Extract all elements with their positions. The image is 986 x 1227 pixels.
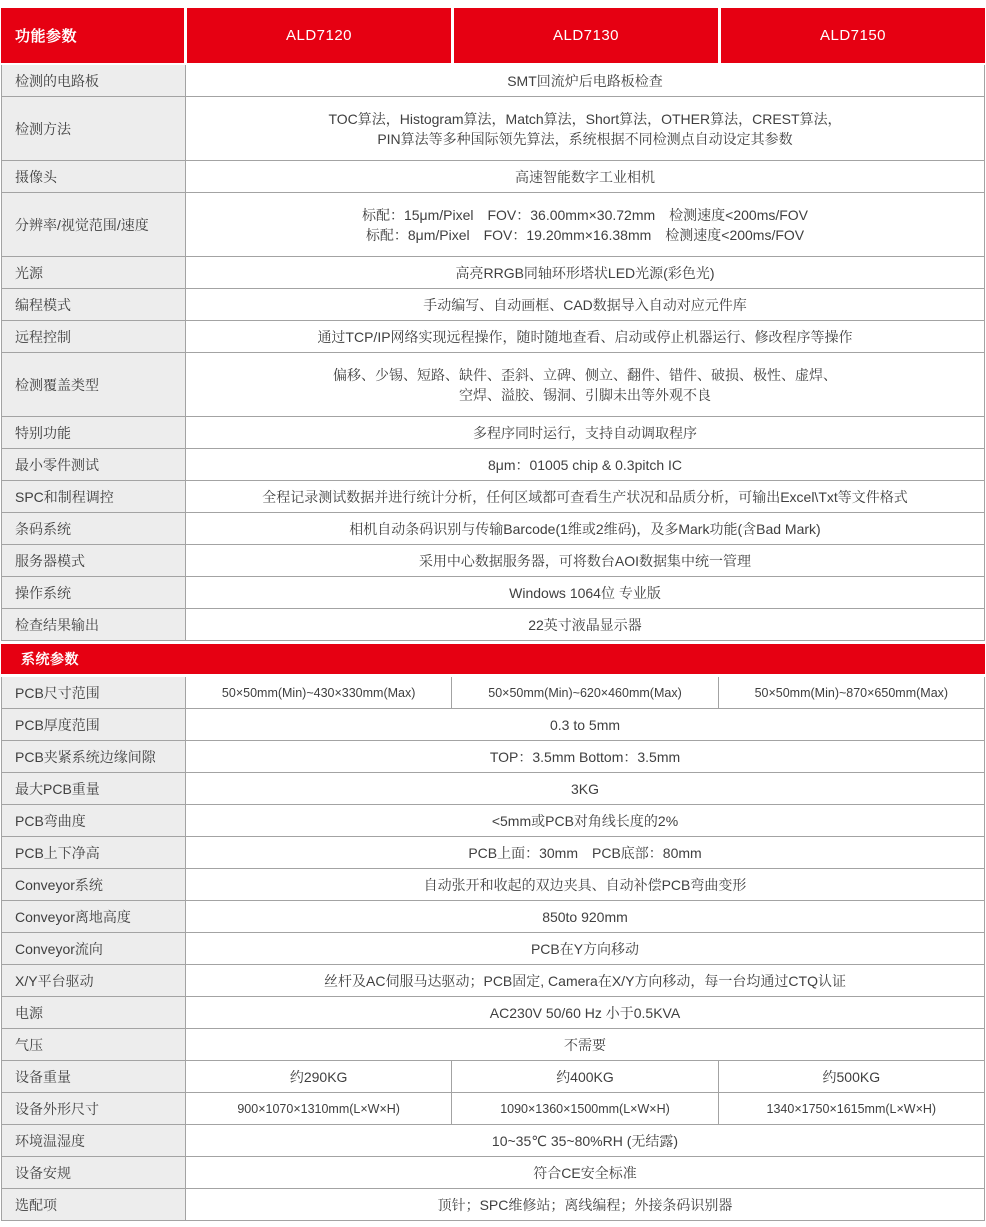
- row-operating-system: 操作系统 Windows 1064位 专业版: [2, 577, 984, 609]
- row-camera: 摄像头 高速智能数字工业相机: [2, 161, 984, 193]
- row-conveyor-flow: Conveyor流向 PCB在Y方向移动: [2, 933, 984, 965]
- header-function-params: 功能参数: [1, 8, 184, 63]
- row-value: 自动张开和收起的双边夹具、自动补偿PCB弯曲变形: [186, 869, 984, 900]
- row-special-function: 特别功能 多程序同时运行，支持自动调取程序: [2, 417, 984, 449]
- row-value: 手动编写、自动画框、CAD数据导入自动对应元件库: [186, 289, 984, 320]
- row-safety-cert: 设备安规 符合CE安全标准: [2, 1157, 984, 1189]
- row-value: 850to 920mm: [186, 901, 984, 932]
- row-label: 检测的电路板: [2, 65, 186, 96]
- row-conveyor-height: Conveyor离地高度 850to 920mm: [2, 901, 984, 933]
- row-conveyor-system: Conveyor系统 自动张开和收起的双边夹具、自动补偿PCB弯曲变形: [2, 869, 984, 901]
- row-label: PCB弯曲度: [2, 805, 186, 836]
- system-params-table: PCB尺寸范围 50×50mm(Min)~430×330mm(Max) 50×5…: [1, 677, 985, 1221]
- row-value: 符合CE安全标准: [186, 1157, 984, 1188]
- row-light-source: 光源 高亮RRGB同轴环形塔状LED光源(彩色光): [2, 257, 984, 289]
- row-label: 检测覆盖类型: [2, 353, 186, 416]
- row-value-ald7150: 50×50mm(Min)~870×650mm(Max): [718, 677, 984, 708]
- row-options: 选配项 顶针；SPC维修站；离线编程；外接条码识别器: [2, 1189, 984, 1220]
- row-value: 通过TCP/IP网络实现远程操作，随时随地查看、启动或停止机器运行、修改程序等操…: [186, 321, 984, 352]
- row-value: Windows 1064位 专业版: [186, 577, 984, 608]
- row-value: 标配：15μm/Pixel FOV：36.00mm×30.72mm 检测速度<2…: [186, 193, 984, 256]
- row-label: 服务器模式: [2, 545, 186, 576]
- row-value: 3KG: [186, 773, 984, 804]
- row-value: 不需要: [186, 1029, 984, 1060]
- row-label: PCB夹紧系统边缘间隙: [2, 741, 186, 772]
- row-pcb-thickness: PCB厚度范围 0.3 to 5mm: [2, 709, 984, 741]
- row-value-line1: 标配：15μm/Pixel FOV：36.00mm×30.72mm 检测速度<2…: [362, 205, 808, 225]
- row-value-ald7130: 1090×1360×1500mm(L×W×H): [451, 1093, 717, 1124]
- row-value-line2: 空焊、溢胶、锡洞、引脚未出等外观不良: [459, 385, 711, 405]
- row-label: 检查结果输出: [2, 609, 186, 640]
- row-label: 选配项: [2, 1189, 186, 1220]
- row-label: 气压: [2, 1029, 186, 1060]
- row-value: 10~35℃ 35~80%RH (无结露): [186, 1125, 984, 1156]
- row-min-component: 最小零件测试 8μm：01005 chip & 0.3pitch IC: [2, 449, 984, 481]
- row-remote-control: 远程控制 通过TCP/IP网络实现远程操作，随时随地查看、启动或停止机器运行、修…: [2, 321, 984, 353]
- row-label: Conveyor系统: [2, 869, 186, 900]
- row-pcb-warp: PCB弯曲度 <5mm或PCB对角线长度的2%: [2, 805, 984, 837]
- row-label: 条码系统: [2, 513, 186, 544]
- row-label: SPC和制程调控: [2, 481, 186, 512]
- row-machine-weight: 设备重量 约290KG 约400KG 约500KG: [2, 1061, 984, 1093]
- section-header-system-params: 系统参数: [1, 644, 985, 674]
- row-label: 环境温湿度: [2, 1125, 186, 1156]
- row-value: 偏移、少锡、短路、缺件、歪斜、立碑、侧立、翻件、错件、破损、极性、虚焊、 空焊、…: [186, 353, 984, 416]
- row-value: 高亮RRGB同轴环形塔状LED光源(彩色光): [186, 257, 984, 288]
- row-value-ald7150: 1340×1750×1615mm(L×W×H): [718, 1093, 984, 1124]
- row-label: 摄像头: [2, 161, 186, 192]
- row-detection-method: 检测方法 TOC算法，Histogram算法，Match算法，Short算法，O…: [2, 97, 984, 161]
- row-value: 8μm：01005 chip & 0.3pitch IC: [186, 449, 984, 480]
- row-label: PCB上下净高: [2, 837, 186, 868]
- header-model-ald7120: ALD7120: [187, 8, 451, 63]
- row-xy-drive: X/Y平台驱动 丝杆及AC伺服马达驱动；PCB固定, Camera在X/Y方向移…: [2, 965, 984, 997]
- row-value-ald7120: 约290KG: [186, 1061, 451, 1092]
- row-value: 高速智能数字工业相机: [186, 161, 984, 192]
- row-pcb-size-range: PCB尺寸范围 50×50mm(Min)~430×330mm(Max) 50×5…: [2, 677, 984, 709]
- row-resolution-fov-speed: 分辨率/视觉范围/速度 标配：15μm/Pixel FOV：36.00mm×30…: [2, 193, 984, 257]
- row-defect-coverage: 检测覆盖类型 偏移、少锡、短路、缺件、歪斜、立碑、侧立、翻件、错件、破损、极性、…: [2, 353, 984, 417]
- row-label: 最大PCB重量: [2, 773, 186, 804]
- row-label: PCB厚度范围: [2, 709, 186, 740]
- row-label: 操作系统: [2, 577, 186, 608]
- row-value: TOC算法，Histogram算法，Match算法，Short算法，OTHER算…: [186, 97, 984, 160]
- row-value: 采用中心数据服务器，可将数台AOI数据集中统一管理: [186, 545, 984, 576]
- row-value: 0.3 to 5mm: [186, 709, 984, 740]
- row-label: 电源: [2, 997, 186, 1028]
- row-label: 检测方法: [2, 97, 186, 160]
- row-label: Conveyor离地高度: [2, 901, 186, 932]
- row-label: 设备外形尺寸: [2, 1093, 186, 1124]
- header-model-ald7150: ALD7150: [721, 8, 985, 63]
- row-value: 全程记录测试数据并进行统计分析，任何区域都可查看生产状况和品质分析，可输出Exc…: [186, 481, 984, 512]
- row-pcb-clearance: PCB上下净高 PCB上面：30mm PCB底部：80mm: [2, 837, 984, 869]
- row-value-ald7130: 约400KG: [451, 1061, 717, 1092]
- row-air-pressure: 气压 不需要: [2, 1029, 984, 1061]
- function-params-table: 检测的电路板 SMT回流炉后电路板检查 检测方法 TOC算法，Histogram…: [1, 65, 985, 641]
- row-server-mode: 服务器模式 采用中心数据服务器，可将数台AOI数据集中统一管理: [2, 545, 984, 577]
- row-label: 最小零件测试: [2, 449, 186, 480]
- row-label: 特别功能: [2, 417, 186, 448]
- row-label: 设备重量: [2, 1061, 186, 1092]
- row-value: 多程序同时运行，支持自动调取程序: [186, 417, 984, 448]
- row-environment: 环境温湿度 10~35℃ 35~80%RH (无结露): [2, 1125, 984, 1157]
- row-label: 远程控制: [2, 321, 186, 352]
- row-value-line2: PIN算法等多种国际领先算法，系统根据不同检测点自动设定其参数: [377, 129, 792, 149]
- row-value: PCB上面：30mm PCB底部：80mm: [186, 837, 984, 868]
- row-value-ald7120: 50×50mm(Min)~430×330mm(Max): [186, 677, 451, 708]
- row-label: Conveyor流向: [2, 933, 186, 964]
- header-model-ald7130: ALD7130: [454, 8, 718, 63]
- row-value-ald7150: 约500KG: [718, 1061, 984, 1092]
- table-header: 功能参数 ALD7120 ALD7130 ALD7150: [1, 8, 985, 63]
- row-value: 22英寸液晶显示器: [186, 609, 984, 640]
- row-machine-dimensions: 设备外形尺寸 900×1070×1310mm(L×W×H) 1090×1360×…: [2, 1093, 984, 1125]
- row-spc-control: SPC和制程调控 全程记录测试数据并进行统计分析，任何区域都可查看生产状况和品质…: [2, 481, 984, 513]
- row-value-line2: 标配：8μm/Pixel FOV：19.20mm×16.38mm 检测速度<20…: [366, 225, 804, 245]
- row-power-supply: 电源 AC230V 50/60 Hz 小于0.5KVA: [2, 997, 984, 1029]
- row-value-line1: 偏移、少锡、短路、缺件、歪斜、立碑、侧立、翻件、错件、破损、极性、虚焊、: [333, 365, 837, 385]
- row-label: 分辨率/视觉范围/速度: [2, 193, 186, 256]
- row-value: 丝杆及AC伺服马达驱动；PCB固定, Camera在X/Y方向移动，每一台均通过…: [186, 965, 984, 996]
- row-value: <5mm或PCB对角线长度的2%: [186, 805, 984, 836]
- row-label: 设备安规: [2, 1157, 186, 1188]
- spec-sheet: 功能参数 ALD7120 ALD7130 ALD7150 检测的电路板 SMT回…: [0, 0, 986, 1227]
- row-value: AC230V 50/60 Hz 小于0.5KVA: [186, 997, 984, 1028]
- row-max-pcb-weight: 最大PCB重量 3KG: [2, 773, 984, 805]
- row-programming-mode: 编程模式 手动编写、自动画框、CAD数据导入自动对应元件库: [2, 289, 984, 321]
- row-value-line1: TOC算法，Histogram算法，Match算法，Short算法，OTHER算…: [328, 109, 841, 129]
- row-result-output: 检查结果输出 22英寸液晶显示器: [2, 609, 984, 640]
- row-label: 光源: [2, 257, 186, 288]
- row-value: 顶针；SPC维修站；离线编程；外接条码识别器: [186, 1189, 984, 1220]
- row-value: 相机自动条码识别与传输Barcode(1维或2维码)，及多Mark功能(含Bad…: [186, 513, 984, 544]
- row-barcode-system: 条码系统 相机自动条码识别与传输Barcode(1维或2维码)，及多Mark功能…: [2, 513, 984, 545]
- row-inspected-pcb: 检测的电路板 SMT回流炉后电路板检查: [2, 65, 984, 97]
- row-value: SMT回流炉后电路板检查: [186, 65, 984, 96]
- row-label: PCB尺寸范围: [2, 677, 186, 708]
- row-label: 编程模式: [2, 289, 186, 320]
- row-pcb-clamp-edge: PCB夹紧系统边缘间隙 TOP：3.5mm Bottom：3.5mm: [2, 741, 984, 773]
- row-value: PCB在Y方向移动: [186, 933, 984, 964]
- row-value-ald7130: 50×50mm(Min)~620×460mm(Max): [451, 677, 717, 708]
- row-label: X/Y平台驱动: [2, 965, 186, 996]
- row-value-ald7120: 900×1070×1310mm(L×W×H): [186, 1093, 451, 1124]
- row-value: TOP：3.5mm Bottom：3.5mm: [186, 741, 984, 772]
